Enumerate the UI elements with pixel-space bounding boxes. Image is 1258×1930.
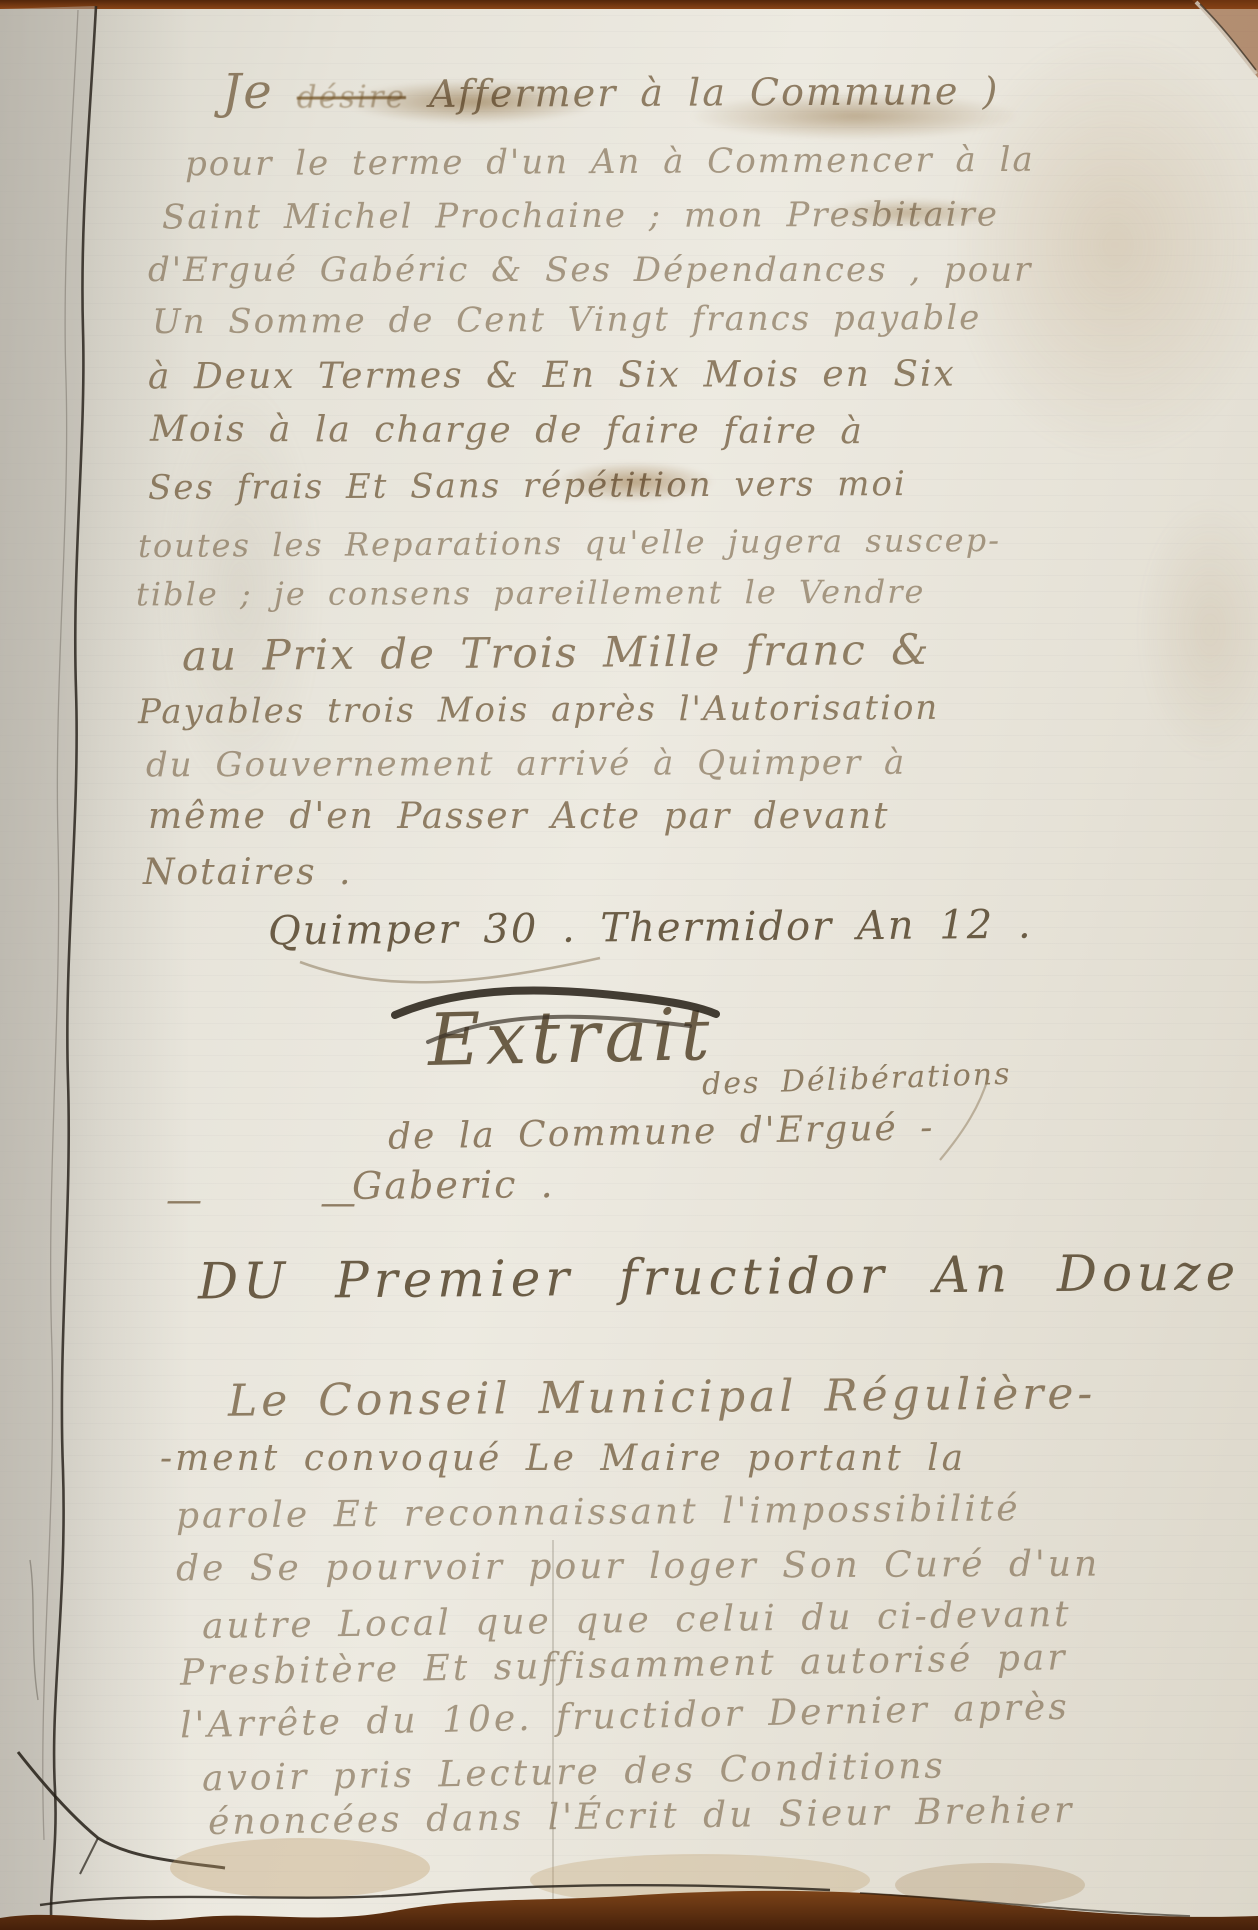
handwritten-line: de Se pourvoir pour loger Son Curé d'un [176, 1544, 1100, 1590]
handwritten-line: Ses frais Et Sans répétition vers moi [148, 464, 907, 508]
extract-line3: Gaberic . [352, 1162, 555, 1208]
extract-title: Extrait [427, 992, 715, 1082]
dateline: Quimper 30 . Thermidor An 12 . [268, 902, 1033, 955]
handwritten-line: à Deux Termes & En Six Mois en Six [148, 354, 956, 398]
handwritten-line: Payables trois Mois après l'Autorisation [138, 688, 939, 732]
handwritten-line: d'Ergué Gabéric & Ses Dépendances , pour [148, 250, 1032, 290]
handwritten-line: tible ; je consens pareillement le Vendr… [136, 573, 926, 614]
ink-smudge [820, 198, 1000, 228]
handwritten-line: Un Somme de Cent Vingt francs payable [152, 298, 981, 342]
heading-dash: — [166, 1180, 204, 1221]
session-line: DU Premier fructidor An Douze [198, 1243, 1241, 1310]
handwritten-line: Mois à la charge de faire faire à [150, 409, 864, 452]
handwritten-line: Le Conseil Municipal Régulière- [228, 1368, 1097, 1427]
line1-initial: Je [222, 64, 274, 120]
handwritten-line: même d'en Passer Acte par devant [148, 796, 890, 837]
handwritten-line: -ment convoqué Le Maire portant la [160, 1438, 966, 1479]
handwritten-line: Notaires . [143, 852, 353, 893]
handwritten-line: au Prix de Trois Mille franc & [182, 625, 931, 681]
ink-smudge [690, 92, 1020, 140]
manuscript-photo: Je désire Affermer à la Commune ) pour l… [0, 0, 1258, 1930]
handwritten-line: du Gouvernement arrivé à Quimper à [146, 743, 906, 786]
handwritten-line: toutes les Reparations qu'elle jugera su… [138, 521, 1001, 565]
ink-smudge [555, 462, 715, 502]
ink-smudge [345, 80, 600, 124]
handwritten-line: pour le terme d'un An à Commencer à la [185, 140, 1035, 184]
handwritten-line: parole Et reconnaissant l'impossibilité [176, 1488, 1021, 1536]
